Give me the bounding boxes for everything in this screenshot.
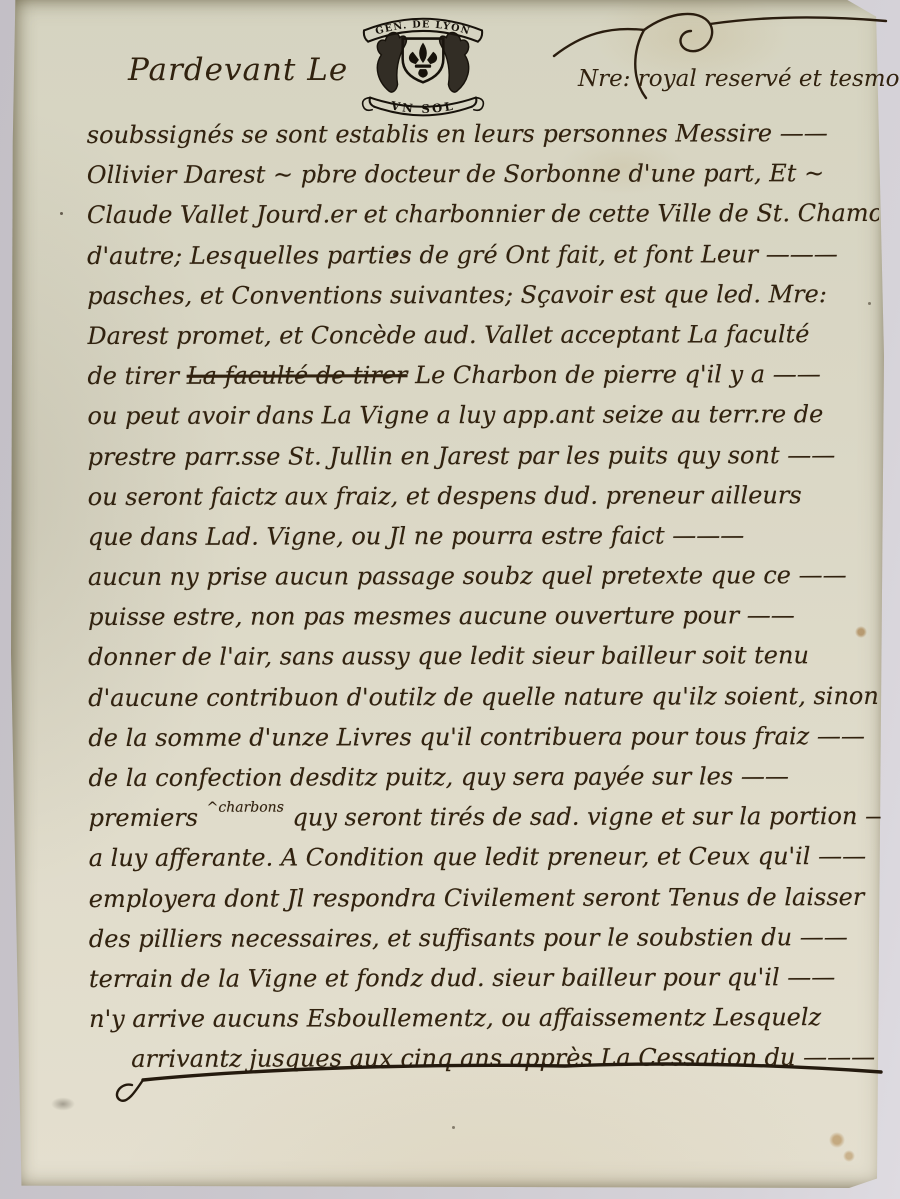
manuscript-line: Claude Vallet Jourd.er et charbonnier de…: [87, 193, 879, 235]
manuscript-line: donner de l'air, sans aussy que ledit si…: [88, 635, 880, 677]
line-text: Le Charbon de pierre q'il y a ——: [407, 360, 820, 389]
manuscript-line: prestre parr.sse St. Jullin en Jarest pa…: [88, 434, 880, 476]
manuscript-line: de la confection desditz puitz, quy sera…: [88, 756, 880, 798]
fiscal-stamp: GEN. DE LYON VN SOL: [336, 4, 510, 124]
manuscript-line: ou peut avoir dans La Vigne a luy app.an…: [87, 394, 879, 436]
manuscript-line: d'aucune contribuon d'outilz de quelle n…: [88, 676, 880, 718]
manuscript-line: a luy afferante. A Condition que ledit p…: [89, 836, 881, 878]
manuscript-body: soubssignés se sont establis en leurs pe…: [87, 113, 882, 1080]
manuscript-line: d'autre; Lesquelles parties de gré Ont f…: [87, 234, 879, 276]
ink-specks: [0, 0, 3, 3]
manuscript-line: Ollivier Darest ~ pbre docteur de Sorbon…: [87, 153, 879, 195]
interlinear-insertion: ^charbons: [207, 800, 284, 816]
manuscript-line: pasches, et Conventions suivantes; Sçavo…: [87, 274, 879, 316]
manuscript-line: employera dont Jl respondra Civilement s…: [89, 877, 881, 919]
struck-text: La faculté de tirer: [187, 361, 408, 390]
manuscript-line: des pilliers necessaires, et suffisants …: [89, 917, 881, 959]
line-text: de tirer: [87, 362, 186, 390]
manuscript-line: soubssignés se sont establis en leurs pe…: [87, 113, 879, 155]
manuscript-line: n'y arrive aucuns Esboullementz, ou affa…: [89, 997, 881, 1039]
manuscript-line: aucun ny prise aucun passage soubz quel …: [88, 555, 880, 597]
manuscript-line: de la somme d'unze Livres qu'il contribu…: [88, 716, 880, 758]
manuscript-line: ou seront faictz aux fraiz, et despens d…: [88, 475, 880, 517]
line-text: premiers: [89, 804, 206, 832]
manuscript-line-with-strikethrough: de tirer La faculté de tirer Le Charbon …: [87, 354, 879, 396]
manuscript-line: puisse estre, non pas mesmes aucune ouve…: [88, 595, 880, 637]
manuscript-line-with-insertion: premiers ^charbons quy seront tirés de s…: [89, 796, 881, 838]
line-text: quy seront tirés de sad. vigne et sur la…: [285, 802, 881, 832]
closing-rule-icon: [95, 1050, 890, 1125]
manuscript-line-opening-right: Nre: royal reservé et tesmoins: [578, 66, 900, 92]
manuscript-line-opening: Pardevant Le: [128, 52, 348, 88]
manuscript-line: que dans Lad. Vigne, ou Jl ne pourra est…: [88, 515, 880, 557]
fleur-de-lis-icon: [409, 43, 437, 78]
manuscript-line: Darest promet, et Concède aud. Vallet ac…: [87, 314, 879, 356]
photo-background: GEN. DE LYON VN SOL Pardevant Le Nre: ro…: [0, 0, 900, 1199]
manuscript-line: terrain de la Vigne et fondz dud. sieur …: [89, 957, 881, 999]
paraph-flourish-icon: [548, 2, 894, 110]
